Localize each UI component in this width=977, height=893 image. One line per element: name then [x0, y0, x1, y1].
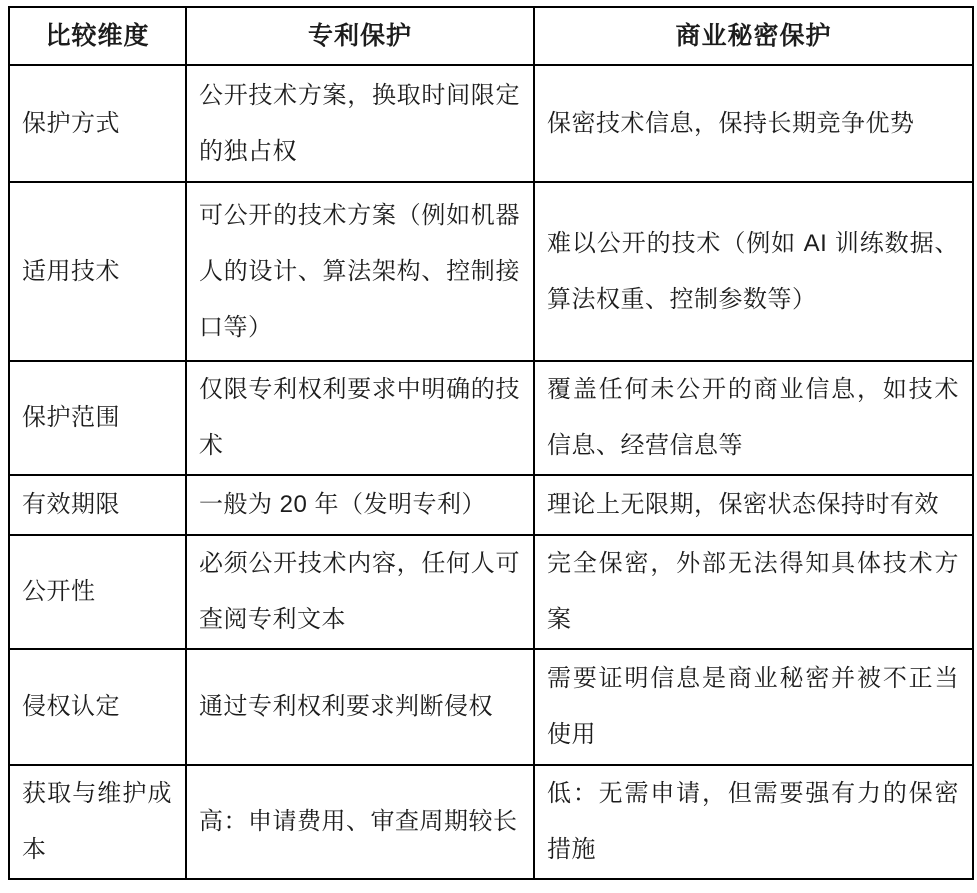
row-acquisition-maintenance-cost: 获取与维护成本 高：申请费用、审查周期较长 低：无需申请，但需要强有力的保密措施: [9, 765, 973, 879]
dimension-cell: 有效期限: [9, 475, 186, 535]
trade-secret-cell: 保密技术信息，保持长期竞争优势: [534, 65, 973, 182]
patent-cell: 一般为 20 年（发明专利）: [186, 475, 534, 535]
patent-cell: 可公开的技术方案（例如机器人的设计、算法架构、控制接口等）: [186, 182, 534, 361]
patent-cell: 公开技术方案，换取时间限定的独占权: [186, 65, 534, 182]
table-header-row: 比较维度 专利保护 商业秘密保护: [9, 7, 973, 65]
patent-cell: 仅限专利权利要求中明确的技术: [186, 361, 534, 475]
dimension-cell: 保护方式: [9, 65, 186, 182]
document-page: 比较维度 专利保护 商业秘密保护 保护方式 公开技术方案，换取时间限定的独占权 …: [0, 0, 977, 893]
trade-secret-cell: 需要证明信息是商业秘密并被不正当使用: [534, 649, 973, 765]
header-trade-secret-protection: 商业秘密保护: [534, 7, 973, 65]
header-comparison-dimension: 比较维度: [9, 7, 186, 65]
trade-secret-cell: 低：无需申请，但需要强有力的保密措施: [534, 765, 973, 879]
row-applicable-technology: 适用技术 可公开的技术方案（例如机器人的设计、算法架构、控制接口等） 难以公开的…: [9, 182, 973, 361]
dimension-cell: 获取与维护成本: [9, 765, 186, 879]
patent-vs-trade-secret-comparison-table: 比较维度 专利保护 商业秘密保护 保护方式 公开技术方案，换取时间限定的独占权 …: [8, 6, 974, 880]
dimension-cell: 适用技术: [9, 182, 186, 361]
trade-secret-cell: 完全保密，外部无法得知具体技术方案: [534, 535, 973, 649]
row-validity-period: 有效期限 一般为 20 年（发明专利） 理论上无限期，保密状态保持时有效: [9, 475, 973, 535]
row-protection-scope: 保护范围 仅限专利权利要求中明确的技术 覆盖任何未公开的商业信息，如技术信息、经…: [9, 361, 973, 475]
row-infringement-determination: 侵权认定 通过专利权利要求判断侵权 需要证明信息是商业秘密并被不正当使用: [9, 649, 973, 765]
trade-secret-cell: 理论上无限期，保密状态保持时有效: [534, 475, 973, 535]
row-publicity: 公开性 必须公开技术内容，任何人可查阅专利文本 完全保密，外部无法得知具体技术方…: [9, 535, 973, 649]
trade-secret-cell: 难以公开的技术（例如 AI 训练数据、算法权重、控制参数等）: [534, 182, 973, 361]
patent-cell: 通过专利权利要求判断侵权: [186, 649, 534, 765]
dimension-cell: 保护范围: [9, 361, 186, 475]
dimension-cell: 侵权认定: [9, 649, 186, 765]
row-protection-method: 保护方式 公开技术方案，换取时间限定的独占权 保密技术信息，保持长期竞争优势: [9, 65, 973, 182]
patent-cell: 必须公开技术内容，任何人可查阅专利文本: [186, 535, 534, 649]
trade-secret-cell: 覆盖任何未公开的商业信息，如技术信息、经营信息等: [534, 361, 973, 475]
patent-cell: 高：申请费用、审查周期较长: [186, 765, 534, 879]
dimension-cell: 公开性: [9, 535, 186, 649]
header-patent-protection: 专利保护: [186, 7, 534, 65]
